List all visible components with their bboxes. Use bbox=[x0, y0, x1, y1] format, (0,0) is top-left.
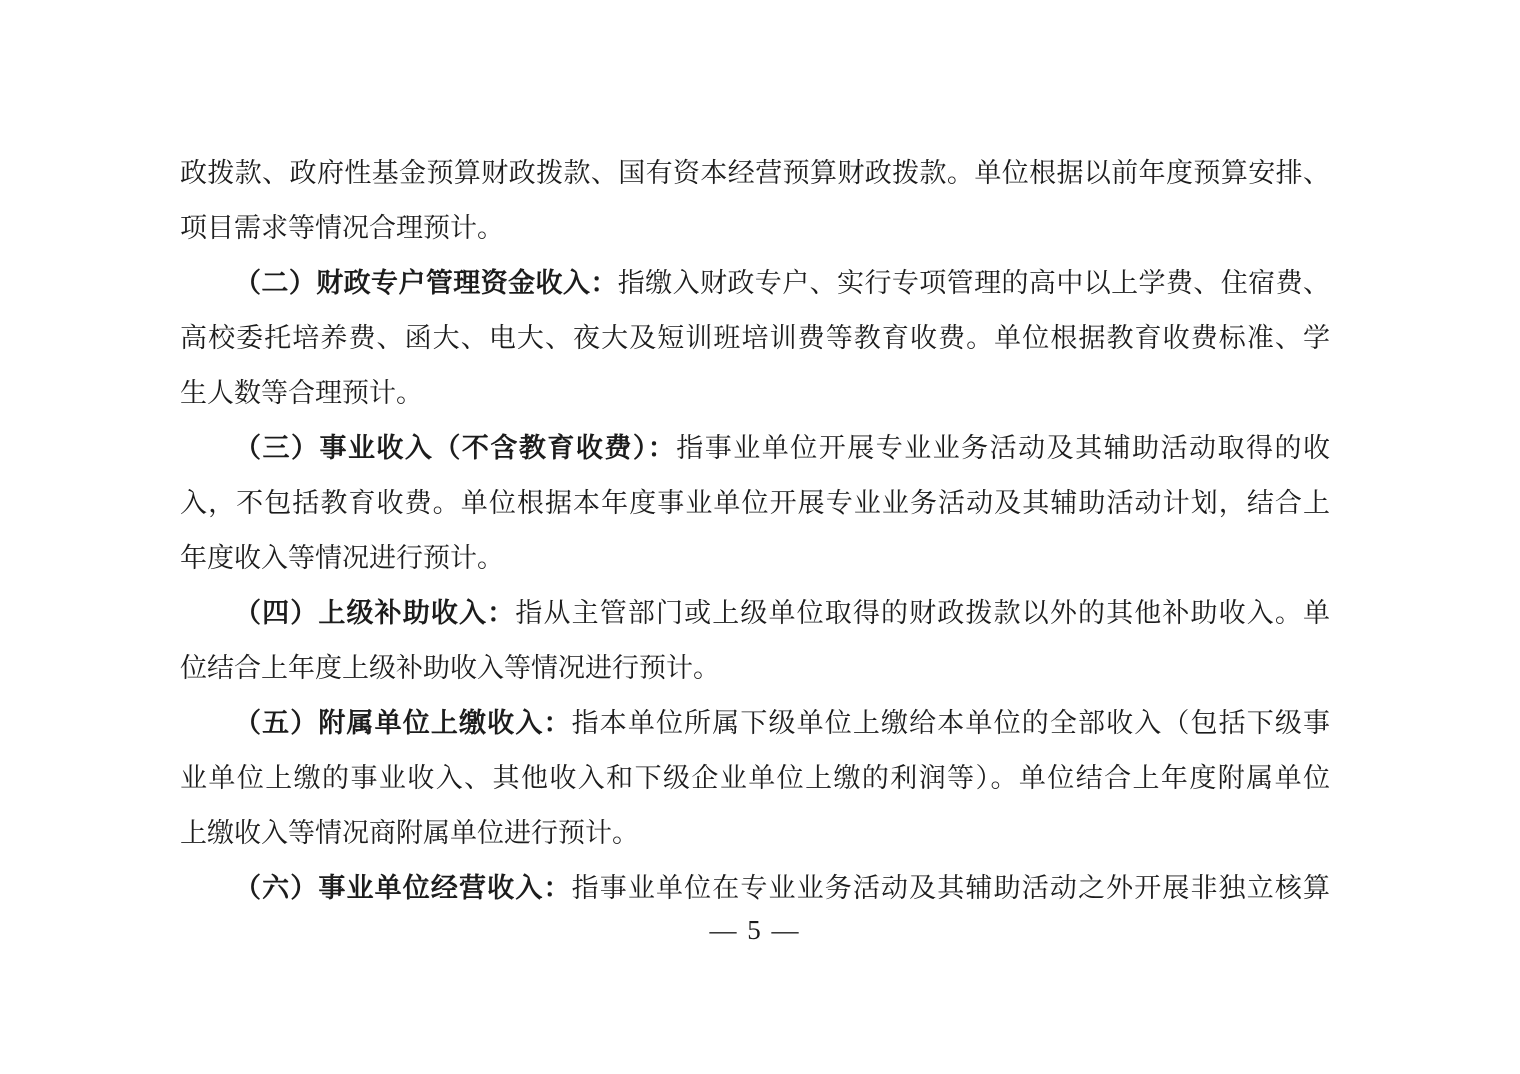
paragraph-heading-segment: （四）上级补助收入： bbox=[234, 598, 515, 628]
text-line: 政拨款、政府性基金预算财政拨款、国有资本经营预算财政拨款。单位根据以前年度预算安… bbox=[180, 146, 1330, 201]
document-page: 政拨款、政府性基金预算财政拨款、国有资本经营预算财政拨款。单位根据以前年度预算安… bbox=[0, 0, 1520, 1074]
text-line: 项目需求等情况合理预计。 bbox=[180, 201, 1330, 256]
paragraph-heading-segment: （三）事业收入（不含教育收费）： bbox=[234, 433, 676, 463]
paragraph-text-segment: 高校委托培养费、函大、电大、夜大及短训班培训费等教育收费。单位根据教育收费标准、… bbox=[180, 323, 1330, 353]
text-line: 位结合上年度上级补助收入等情况进行预计。 bbox=[180, 641, 1330, 696]
paragraph-text-segment: 指从主管部门或上级单位取得的财政拨款以外的其他补助收入。单 bbox=[515, 598, 1330, 628]
paragraph-heading-segment: （二）财政专户管理资金收入： bbox=[234, 268, 618, 298]
paragraph-text-segment: 政拨款、政府性基金预算财政拨款、国有资本经营预算财政拨款。单位根据以前年度预算安… bbox=[180, 158, 1330, 188]
text-line: （二）财政专户管理资金收入：指缴入财政专户、实行专项管理的高中以上学费、住宿费、 bbox=[180, 256, 1330, 311]
paragraph-heading-segment: （六）事业单位经营收入： bbox=[234, 873, 572, 903]
paragraph-text-segment: 生人数等合理预计。 bbox=[180, 378, 423, 408]
body-text: 政拨款、政府性基金预算财政拨款、国有资本经营预算财政拨款。单位根据以前年度预算安… bbox=[180, 146, 1330, 916]
paragraph-text-segment: 位结合上年度上级补助收入等情况进行预计。 bbox=[180, 653, 720, 683]
paragraph-text-segment: 指本单位所属下级单位上缴给本单位的全部收入（包括下级事 bbox=[572, 708, 1330, 738]
text-line: 业单位上缴的事业收入、其他收入和下级企业单位上缴的利润等）。单位结合上年度附属单… bbox=[180, 751, 1330, 806]
paragraph-text-segment: 业单位上缴的事业收入、其他收入和下级企业单位上缴的利润等）。单位结合上年度附属单… bbox=[180, 763, 1330, 793]
page-footer: — 5 — bbox=[180, 908, 1330, 953]
text-line: （五）附属单位上缴收入：指本单位所属下级单位上缴给本单位的全部收入（包括下级事 bbox=[180, 696, 1330, 751]
paragraph-text-segment: 项目需求等情况合理预计。 bbox=[180, 213, 504, 243]
page-number: — 5 — bbox=[710, 915, 801, 945]
text-line: 入，不包括教育收费。单位根据本年度事业单位开展专业业务活动及其辅助活动计划，结合… bbox=[180, 476, 1330, 531]
paragraph-text-segment: 上缴收入等情况商附属单位进行预计。 bbox=[180, 818, 639, 848]
text-line: （三）事业收入（不含教育收费）：指事业单位开展专业业务活动及其辅助活动取得的收 bbox=[180, 421, 1330, 476]
paragraph-text-segment: 指事业单位开展专业业务活动及其辅助活动取得的收 bbox=[676, 433, 1330, 463]
text-line: 年度收入等情况进行预计。 bbox=[180, 531, 1330, 586]
paragraph-text-segment: 指事业单位在专业业务活动及其辅助活动之外开展非独立核算 bbox=[572, 873, 1330, 903]
paragraph-heading-segment: （五）附属单位上缴收入： bbox=[234, 708, 572, 738]
paragraph-text-segment: 入，不包括教育收费。单位根据本年度事业单位开展专业业务活动及其辅助活动计划，结合… bbox=[180, 488, 1330, 518]
text-line: 高校委托培养费、函大、电大、夜大及短训班培训费等教育收费。单位根据教育收费标准、… bbox=[180, 311, 1330, 366]
text-line: （四）上级补助收入：指从主管部门或上级单位取得的财政拨款以外的其他补助收入。单 bbox=[180, 586, 1330, 641]
text-line: 生人数等合理预计。 bbox=[180, 366, 1330, 421]
paragraph-text-segment: 年度收入等情况进行预计。 bbox=[180, 543, 504, 573]
text-line: 上缴收入等情况商附属单位进行预计。 bbox=[180, 806, 1330, 861]
paragraph-text-segment: 指缴入财政专户、实行专项管理的高中以上学费、住宿费、 bbox=[618, 268, 1330, 298]
